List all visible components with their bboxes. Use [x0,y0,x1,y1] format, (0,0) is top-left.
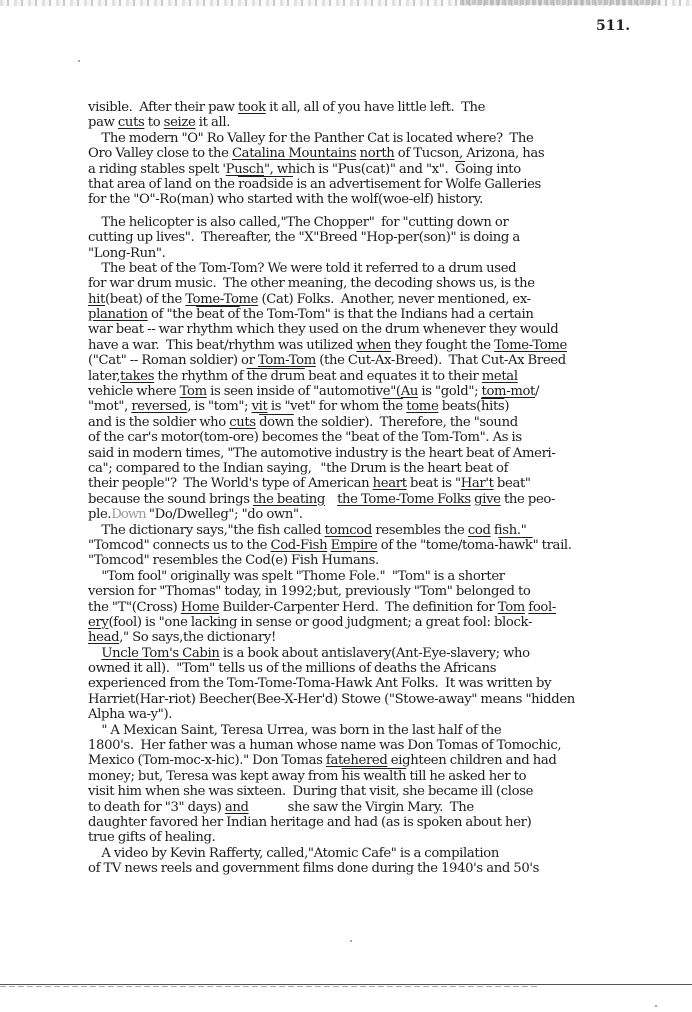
underlined-text: reversed [131,399,187,414]
underlined-text: ery [88,615,109,630]
text-line: of TV news reels and government films do… [88,861,648,876]
underlined-text: the beating [253,492,325,507]
text-line: daughter favored her Indian heritage and… [88,815,648,830]
underlined-text: planation [88,307,148,322]
text-segment: A video by Kevin Rafferty, called,"Atomi… [88,846,499,861]
text-line: " A Mexican Saint, Teresa Urrea, was bor… [88,723,648,738]
underlined-text: tomcod [325,523,372,538]
text-line: Mexico (Tom-moc-x-hic)." Don Tomas fateh… [88,753,648,768]
text-segment: the rhythm of [154,369,246,384]
text-segment: beat is " [407,476,461,491]
underlined-text: give [474,492,501,507]
paragraph: The dictionary says,"the fish called tom… [88,523,648,569]
text-line: visible. After their paw took it all, al… [88,100,648,115]
smudged-text: Down [111,507,145,522]
underlined-text: metal [482,369,518,384]
underlined-text: head [88,630,119,645]
text-segment: (the Cut-Ax-Breed). That Cut-Ax Breed [316,353,566,368]
underlined-text: Catalina Mountains [232,146,356,161]
text-line: paw cuts to seize it all. [88,115,648,130]
text-segment: "Tom fool" originally was spelt "Thome F… [88,569,505,584]
text-segment: "mot", [88,399,131,414]
underlined-text: Home [181,600,219,615]
smudged-text [252,800,284,815]
text-segment: it all. [195,115,230,130]
paragraph: visible. After their paw took it all, al… [88,100,648,131]
text-segment: resembles the [372,523,468,538]
text-segment: for war drum music. The other meaning, t… [88,276,535,291]
text-line: have a war. This beat/rhythm was utilize… [88,338,648,353]
scan-speck [655,1005,657,1007]
text-segment: experienced from the Tom-Tome-Toma-Hawk … [88,676,551,691]
text-line: a riding stables spelt 'Pusch", which is… [88,162,648,177]
underlined-text: fatehered [326,753,388,768]
text-segment: war beat -- war rhythm which they used o… [88,322,558,337]
text-line: The modern "O" Ro Valley for the Panther… [88,131,648,146]
text-segment: owned it all). "Tom" tells us of the mil… [88,661,496,676]
text-segment: (fool) is "one lacking in sense or good … [109,615,533,630]
text-segment [88,646,101,661]
text-line: "Tomcod" resembles the Cod(e) Fish Human… [88,553,648,568]
overlined-text: roadside [238,177,293,192]
text-segment: of "the [148,307,196,322]
text-segment: to [144,115,163,130]
paragraph: The beat of the Tom-Tom? We were told it… [88,261,648,523]
text-segment: the soldier). Therefore, the "sound [294,415,518,430]
document-body: visible. After their paw took it all, al… [88,100,648,877]
text-segment: ple. [88,507,111,522]
text-segment: is "vet" for whom [268,399,383,414]
text-line: cutting up lives". Thereafter, the "X"Br… [88,230,648,245]
text-line: vehicle where Tom is seen inside of "aut… [88,384,648,399]
text-segment: she saw the Virgin Mary. The [284,800,474,815]
text-segment: is a book about antislavery(Ant-Eye-slav… [220,646,530,661]
text-line: ca"; compared to the Indian saying, "the… [88,461,648,476]
text-segment: ca"; compared to the Indian saying, [88,461,312,476]
text-segment: the "T"(Cross) [88,600,181,615]
text-line: "Tomcod" connects us to the Cod-Fish Emp… [88,538,648,553]
underlined-text: Tom-Tom [258,353,316,368]
text-line: money; but, Teresa was kept away from hi… [88,769,648,784]
text-segment: to death for "3" days) [88,800,225,815]
text-segment: of the "tome/toma- [377,538,498,553]
text-segment: The modern "O" Ro Valley for the Panther… [88,131,533,146]
text-segment: ", which is "Pus(cat)" and "x". [264,162,455,177]
text-segment: , is "tom"; [187,399,251,414]
text-line: ("Cat" -- Roman soldier) or Tom-Tom (the… [88,353,648,368]
text-segment: ("Cat" -- Roman soldier) or [88,353,258,368]
scan-edge-artifact [0,0,692,6]
text-segment: cutting up lives". Thereafter, the "X"Br… [88,230,520,245]
text-segment: of Tucson, Arizona, has [394,146,544,161]
text-segment: "the Drum is the heart beat of [317,461,508,476]
text-segment: " A Mexican Saint, Teresa Urrea, was bor… [88,723,501,738]
overlined-text: beat of [196,307,239,322]
underlined-text: hit [88,292,105,307]
text-segment: later, [88,369,120,384]
bottom-rule [0,984,692,985]
overlined-text: the drum [247,369,305,384]
text-segment: Oro Valley close to the [88,146,232,161]
overlined-text: G [455,162,465,177]
text-segment: fish." [491,523,527,538]
text-line: war beat -- war rhythm which they used o… [88,322,648,337]
text-line: Oro Valley close to the Catalina Mountai… [88,146,648,161]
text-line: to death for "3" days) and she saw the V… [88,800,648,815]
overlined-text: hits [481,399,504,414]
text-line: for the "O"-Ro(man) who started with the… [88,192,648,207]
bottom-rule-shadow [0,986,540,987]
text-line: experienced from the Tom-Tome-Toma-Hawk … [88,676,648,691]
text-line: A video by Kevin Rafferty, called,"Atomi… [88,846,648,861]
scan-speck [78,60,80,62]
paragraph-gap [88,208,648,215]
text-segment: Harriet(Har-riot) Beecher(Bee-X-Her'd) S… [88,692,575,707]
underlined-text: Uncle Tom's Cabin [101,646,219,661]
text-line: and is the soldier who cuts down the sol… [88,415,648,430]
paragraph: "Tom fool" originally was spelt "Thome F… [88,569,648,646]
text-segment: "Tomcod" resembles the Cod(e) Fish Human… [88,553,379,568]
text-segment: eighteen children and had [387,753,556,768]
text-line: later,takes the rhythm of the drum beat … [88,369,648,384]
underlined-text: cuts [229,415,256,430]
text-segment: "Long-Run". [88,246,165,261]
underlined-text: vit [252,399,268,414]
page-number: 511. [596,18,630,34]
text-line: hit(beat) of the Tome-Tome (Cat) Folks. … [88,292,648,307]
text-line: The dictionary says,"the fish called tom… [88,523,648,538]
text-line: head," So says,the dictionary! [88,630,648,645]
text-segment: ) [504,399,509,414]
text-segment: " trail. [533,538,572,553]
underlined-text: Pusch [226,162,264,177]
text-segment: The beat of the Tom-Tom? We were told it… [88,261,516,276]
text-segment: have a war. This beat/rhythm was utilize… [88,338,356,353]
text-segment: the Tom-Tom" is that the Indians had a c… [240,307,534,322]
text-line: 1800's. Her father was a human whose nam… [88,738,648,753]
text-segment: the peo- [501,492,555,507]
text-segment: The dictionary says,"the fish called [88,523,325,538]
underlined-text: took [238,100,266,115]
text-line: ery(fool) is "one lacking in sense or go… [88,615,648,630]
text-line: Uncle Tom's Cabin is a book about antisl… [88,646,648,661]
text-segment: of the car's motor(tom-ore) becomes the … [88,430,522,445]
text-segment: 1800's. Her father was a human whose nam… [88,738,561,753]
text-line: planation of "the beat of the Tom-Tom" i… [88,307,648,322]
text-segment: till he asked her to [406,769,526,784]
scan-speck [350,940,352,942]
text-segment: daughter favored her Indian heritage and… [88,815,531,830]
text-line: true gifts of healing. [88,830,648,845]
text-line: that area of land on the roadside is an … [88,177,648,192]
text-line: for war drum music. The other meaning, t… [88,276,648,291]
text-line: of the car's motor(tom-ore) becomes the … [88,430,648,445]
underlined-text: the Tome-Tome Folks [337,492,471,507]
text-segment: beat and equates it to their [305,369,482,384]
text-segment: visit him when she was sixteen. During t… [88,784,533,799]
text-segment: and is the soldier who [88,415,229,430]
underlined-text: cod [468,523,491,538]
text-line: the "T"(Cross) Home Builder-Carpenter He… [88,600,648,615]
underlined-text: tom-mot [482,384,536,399]
paragraph: " A Mexican Saint, Teresa Urrea, was bor… [88,723,648,846]
paragraph: A video by Kevin Rafferty, called,"Atomi… [88,846,648,877]
text-segment: / [535,384,539,399]
text-segment: Builder-Carpenter Herd. The definition f… [219,600,498,615]
text-line: "mot", reversed, is "tom"; vit is "vet" … [88,399,648,414]
text-segment: is "gold"; [418,384,481,399]
text-segment: a riding stables spelt ' [88,162,226,177]
text-line: The helicopter is also called,"The Chopp… [88,215,648,230]
underlined-text: north [360,146,395,161]
text-line: The beat of the Tom-Tom? We were told it… [88,261,648,276]
underlined-text: Har't [461,476,494,491]
text-segment: "Tomcod" connects us to the [88,538,270,553]
overlined-text: his wealth [341,769,406,784]
text-segment: is seen inside of "automotive"( [207,384,401,399]
text-segment: that area of land on the [88,177,238,192]
overlined-text: the [382,399,403,414]
underlined-text: Tom [498,600,525,615]
text-segment: Alpha wa-y"). [88,707,172,722]
underlined-text: heart [373,476,407,491]
text-segment: Mexico (Tom-moc-x-hic)." Don Tomas [88,753,326,768]
text-line: "Tom fool" originally was spelt "Thome F… [88,569,648,584]
paragraph: The helicopter is also called,"The Chopp… [88,215,648,261]
text-line: Harriet(Har-riot) Beecher(Bee-X-Her'd) S… [88,692,648,707]
underlined-text: Empire [331,538,378,553]
underlined-text: tome [406,399,438,414]
underlined-text: fool- [528,600,556,615]
underlined-text: Tom [180,384,207,399]
text-line: version for "Thomas" today, in 1992;but,… [88,584,648,599]
text-line: their people"? The World's type of Ameri… [88,476,648,491]
text-line: "Long-Run". [88,246,648,261]
text-line: because the sound brings the beating the… [88,492,648,507]
overlined-text: hawk [498,538,532,553]
underlined-text: seize [164,115,196,130]
text-segment: is an advertisement for Wolfe Galleries [293,177,541,192]
underlined-text: and [225,800,249,815]
underlined-text: Tome-Tome [185,292,258,307]
underlined-text: when [356,338,391,353]
text-segment: beats( [438,399,481,414]
text-segment: vehicle where [88,384,180,399]
underlined-text: takes [120,369,154,384]
overlined-text: down [259,415,294,430]
text-segment: for the "O"-Ro(man) who started with the… [88,192,483,207]
text-segment: their people"? The World's type of Ameri… [88,476,373,491]
text-segment: said in modern times, "The automotive in… [88,446,556,461]
text-line: said in modern times, "The automotive in… [88,446,648,461]
text-line: Alpha wa-y"). [88,707,648,722]
text-segment: (beat) of the [105,292,185,307]
text-line: ple.Down "Do/Dwelleg"; "do own". [88,507,648,522]
text-segment: money; but, Teresa was kept away from [88,769,341,784]
text-segment: beat" [494,476,531,491]
text-segment: ," So says,the dictionary! [119,630,276,645]
text-segment: oing into [465,162,521,177]
paragraph: Uncle Tom's Cabin is a book about antisl… [88,646,648,723]
text-segment: (Cat) Folks. Another, never mentioned, e… [258,292,531,307]
underlined-text: cuts [118,115,145,130]
text-segment: they fought the [391,338,494,353]
text-segment: The helicopter is also called,"The Chopp… [88,215,508,230]
text-segment: because the sound brings [88,492,253,507]
text-segment: paw [88,115,118,130]
text-segment: of TV news reels and government films do… [88,861,539,876]
paragraph: The modern "O" Ro Valley for the Panther… [88,131,648,208]
text-segment: visible. After their paw [88,100,238,115]
text-segment: version for "Thomas" today, in 1992;but,… [88,584,531,599]
underlined-text: Cod-Fish [270,538,327,553]
text-line: visit him when she was sixteen. During t… [88,784,648,799]
text-segment: true gifts of healing. [88,830,215,845]
underlined-text: Tome-Tome [494,338,567,353]
text-segment: it all, all of you have little left. The [266,100,485,115]
underlined-text: Au [401,384,418,399]
text-line: owned it all). "Tom" tells us of the mil… [88,661,648,676]
text-segment: "Do/Dwelleg"; "do own". [146,507,303,522]
